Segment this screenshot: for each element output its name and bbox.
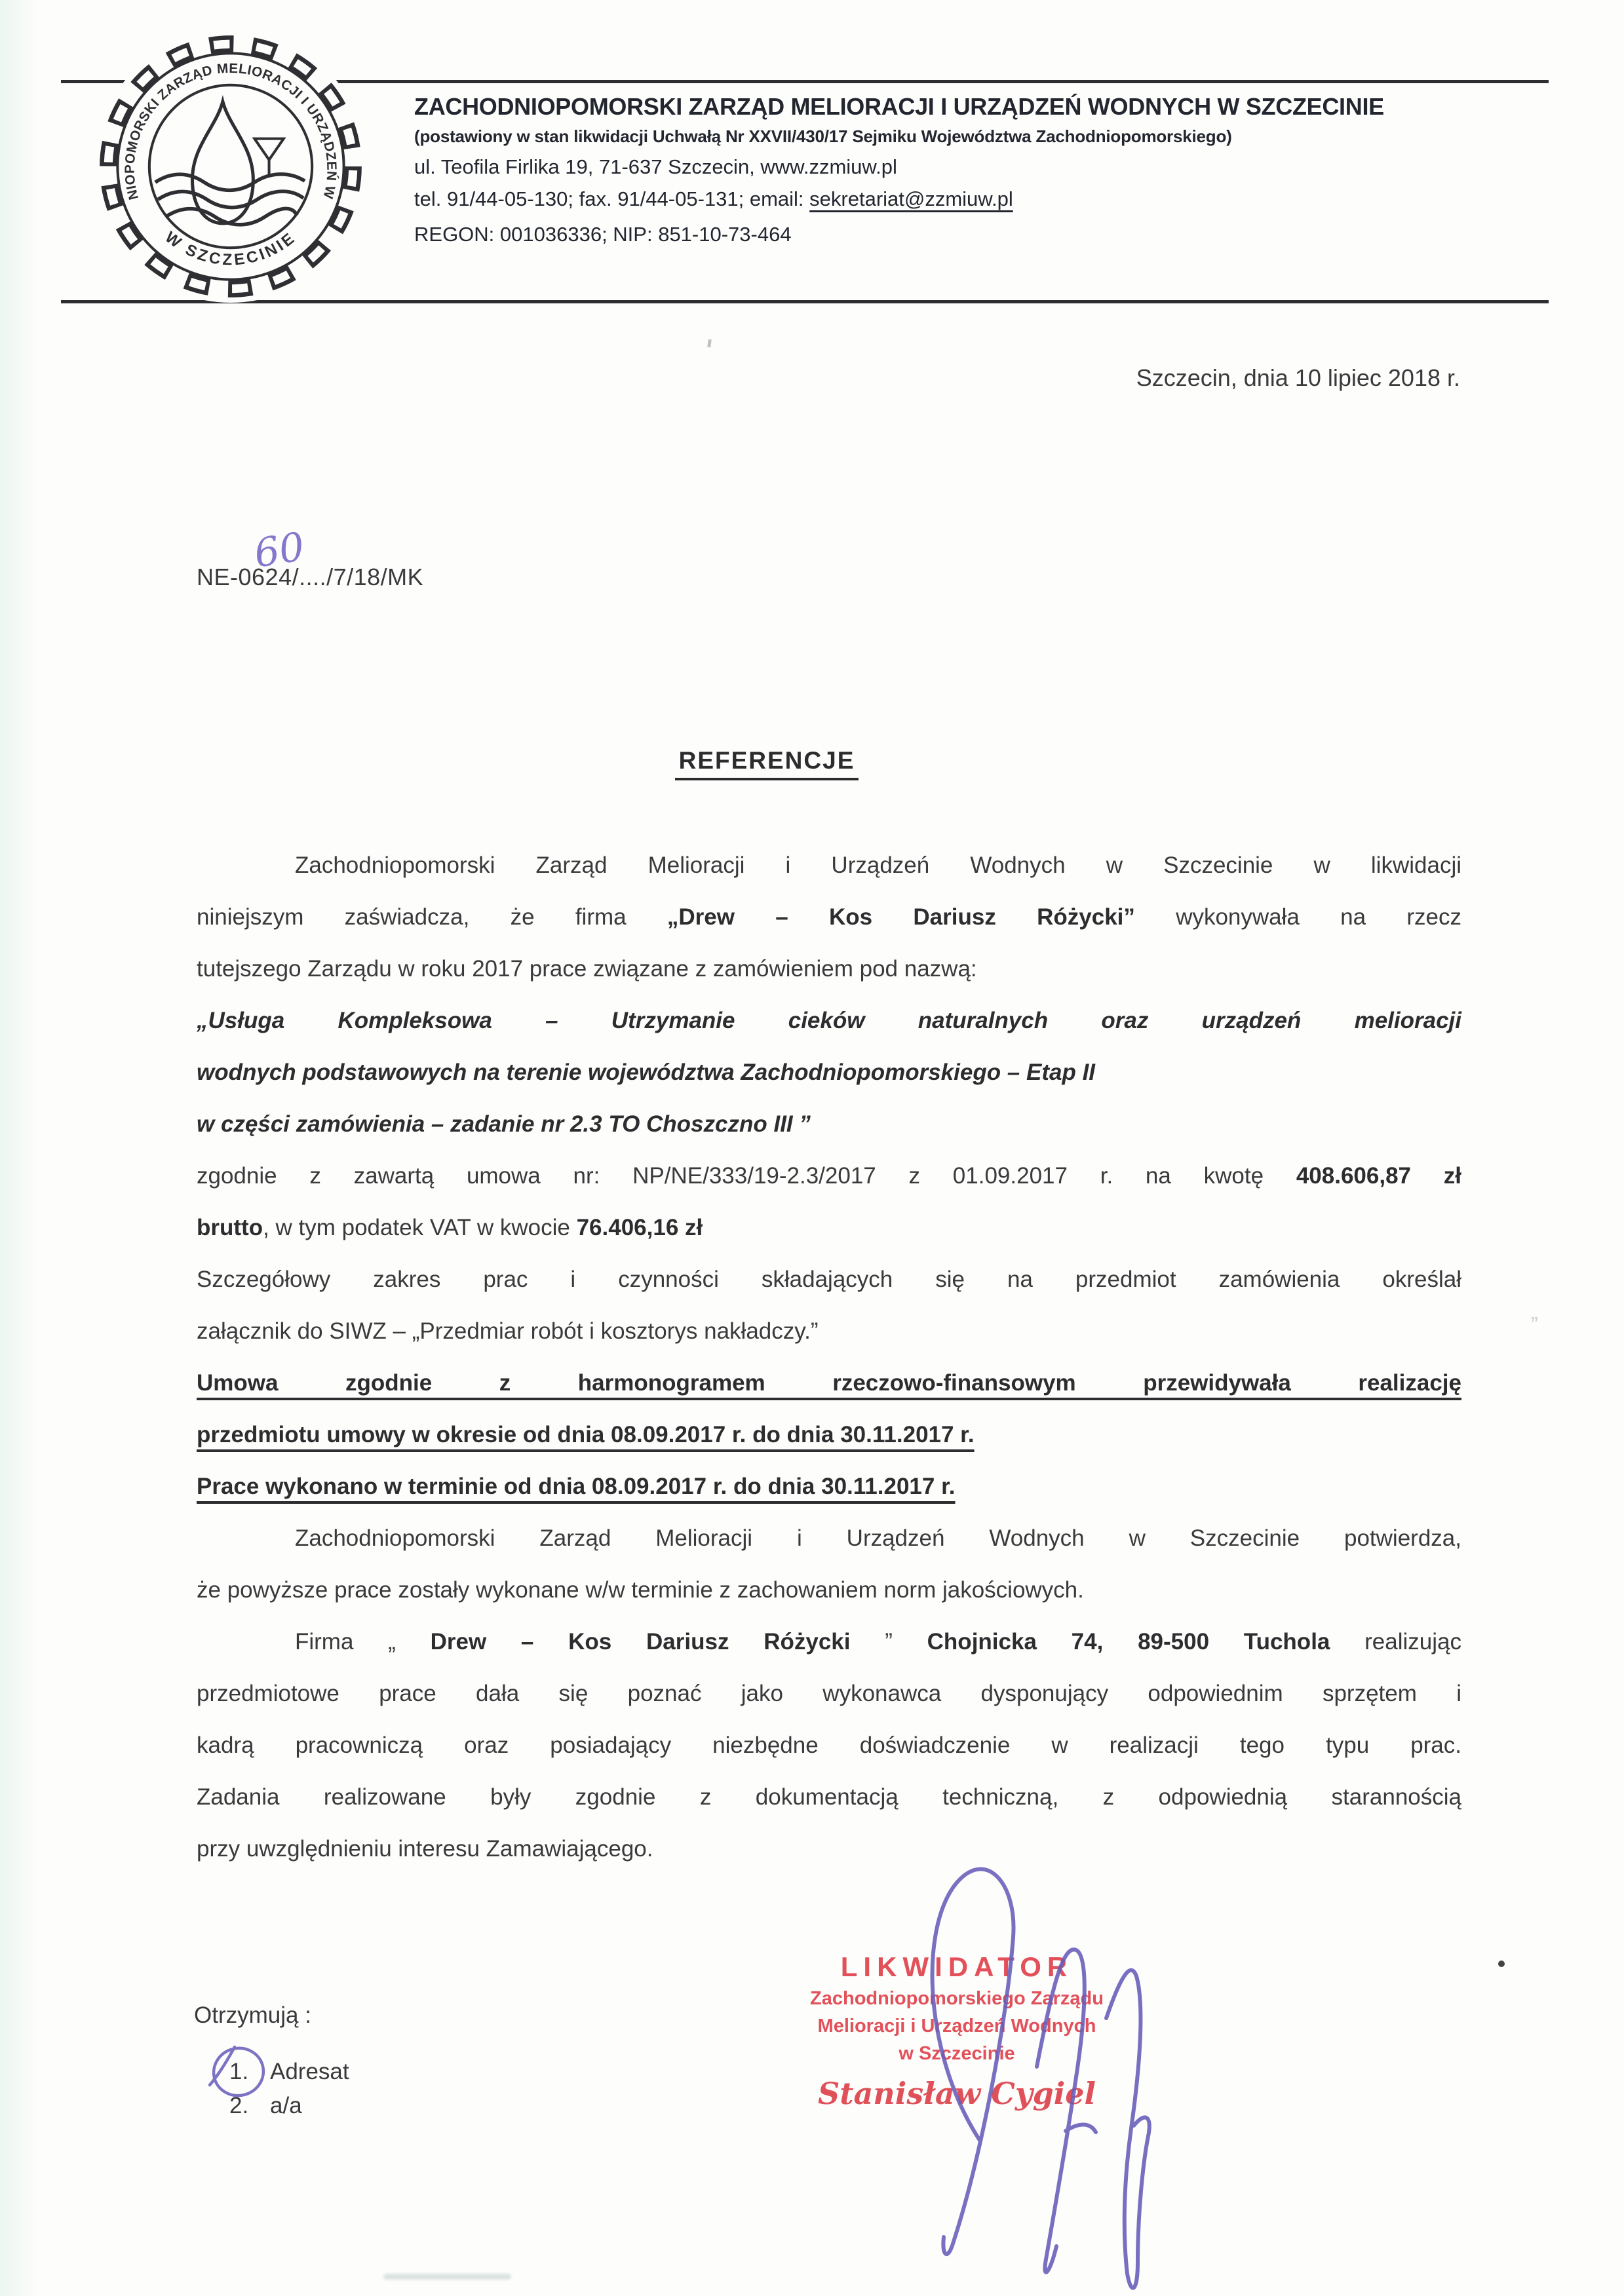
body-line: Prace wykonano w terminie od dnia 08.09.…	[197, 1461, 1461, 1512]
body-line: w części zamówienia – zadanie nr 2.3 TO …	[197, 1098, 1461, 1150]
body-line: Zachodniopomorski Zarząd Melioracji i Ur…	[197, 839, 1461, 891]
body-line: tutejszego Zarządu w roku 2017 prace zwi…	[197, 943, 1461, 995]
contact-line: tel. 91/44-05-130; fax. 91/44-05-131; em…	[414, 187, 1522, 211]
phone-fax-text: tel. 91/44-05-130; fax. 91/44-05-131; em…	[414, 187, 809, 210]
organization-name: ZACHODNIOPOMORSKI ZARZĄD MELIORACJI I UR…	[414, 93, 1522, 121]
body-line: Szczegółowy zakres prac i czynności skła…	[197, 1253, 1461, 1305]
email-link: sekretariat@zzmiuw.pl	[809, 187, 1013, 210]
handwritten-signature	[878, 1841, 1219, 2296]
scan-edge-artifact	[0, 0, 39, 2296]
date-line: Szczecin, dnia 10 lipiec 2018 r.	[1136, 364, 1460, 392]
ink-dot-artifact	[1498, 1961, 1505, 1967]
body-line: przy uwzględnieniu interesu Zamawiająceg…	[197, 1823, 1461, 1875]
body-line: „Usługa Kompleksowa – Utrzymanie cieków …	[197, 995, 1461, 1046]
body-line: Zadania realizowane były zgodnie z dokum…	[197, 1771, 1461, 1823]
body-line: brutto, w tym podatek VAT w kwocie 76.40…	[197, 1202, 1461, 1253]
letterhead: ZACHODNIOPOMORSKI ZARZĄD MELIORACJI I UR…	[414, 93, 1522, 246]
body-line: przedmiotowe prace dała się poznać jako …	[197, 1668, 1461, 1719]
body-line: załącznik do SIWZ – „Przedmiar robót i k…	[197, 1305, 1461, 1357]
body-line: Zachodniopomorski Zarząd Melioracji i Ur…	[197, 1512, 1461, 1564]
received-item-label: Adresat	[270, 2059, 349, 2085]
body-line: Umowa zgodnie z harmonogramem rzeczowo-f…	[197, 1357, 1461, 1409]
document-title: REFERENCJE	[197, 747, 1461, 775]
body-line: że powyższe prace zostały wykonane w/w t…	[197, 1564, 1461, 1616]
reference-number: NE-0624/..../7/18/MK	[197, 564, 423, 591]
body-line: wodnych podstawowych na terenie wojewódz…	[197, 1046, 1461, 1098]
received-item-label: a/a	[270, 2093, 302, 2119]
handwritten-circle-annotation	[204, 2042, 273, 2105]
body-line: kadrą pracowniczą oraz posiadający niezb…	[197, 1719, 1461, 1771]
scan-smudge-artifact	[383, 2274, 511, 2280]
body-line: Firma „ Drew – Kos Dariusz Różycki ” Cho…	[197, 1616, 1461, 1668]
organization-seal-logo: ZACHODNIOPOMORSKI ZARZĄD MELIORACJI I UR…	[92, 28, 370, 305]
liquidation-note: (postawiony w stan likwidacji Uchwałą Nr…	[414, 126, 1522, 147]
body-line: niniejszym zaświadcza, że firma „Drew – …	[197, 891, 1461, 943]
body-line: przedmiotu umowy w okresie od dnia 08.09…	[197, 1409, 1461, 1461]
regon-nip-line: REGON: 001036336; NIP: 851-10-73-464	[414, 223, 1522, 246]
letter-body: Zachodniopomorski Zarząd Melioracji i Ur…	[197, 839, 1461, 1875]
scan-ghost-mark: „	[1531, 1300, 1538, 1324]
handwritten-case-number: 60	[252, 527, 307, 573]
received-label: Otrzymują :	[194, 2002, 311, 2029]
scan-speck-artifact	[707, 339, 712, 348]
scanned-letter-page: ZACHODNIOPOMORSKI ZARZĄD MELIORACJI I UR…	[0, 0, 1624, 2296]
address-line: ul. Teofila Firlika 19, 71-637 Szczecin,…	[414, 155, 1522, 179]
body-line: zgodnie z zawartą umowa nr: NP/NE/333/19…	[197, 1150, 1461, 1202]
